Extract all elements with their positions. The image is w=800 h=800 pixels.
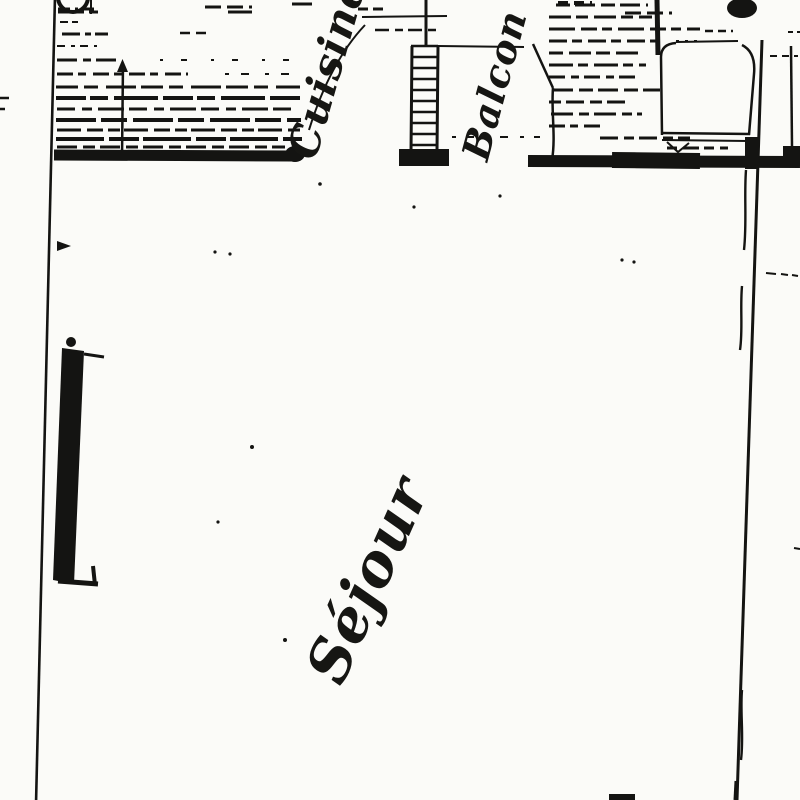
door-hatch-icon bbox=[411, 46, 438, 152]
living-room-area bbox=[0, 98, 800, 800]
right-edge-fixture bbox=[783, 46, 800, 160]
floor-plan-drawing: Cuisine Balcon Séjour bbox=[0, 0, 800, 800]
arrow-up-icon bbox=[117, 59, 128, 72]
room-labels: Cuisine Balcon Séjour bbox=[278, 0, 536, 693]
living-room-label: Séjour bbox=[292, 464, 444, 693]
kitchen-label: Cuisine bbox=[278, 0, 376, 164]
kitchen-scan-hatch bbox=[56, 4, 312, 147]
floor-plan-scan: Cuisine Balcon Séjour bbox=[0, 0, 800, 800]
balcony-label: Balcon bbox=[452, 5, 535, 166]
scan-specks bbox=[213, 182, 635, 642]
wall-bar-icon bbox=[53, 348, 84, 584]
arrow-right-icon bbox=[57, 241, 71, 251]
bathtub-icon bbox=[661, 41, 754, 152]
